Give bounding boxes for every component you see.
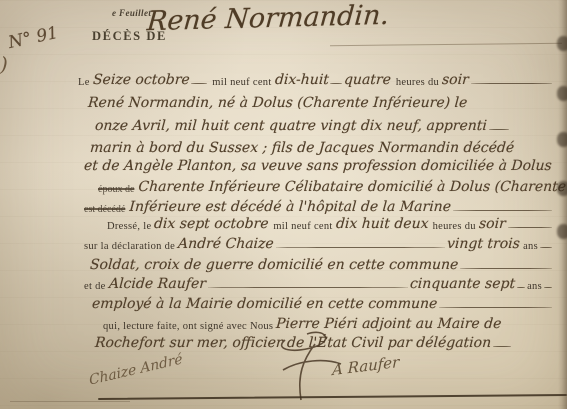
act-line: et de Alcide Raufercinquante septans (84, 276, 554, 292)
ruled-fill-line (517, 287, 525, 288)
ruled-fill-line (208, 287, 408, 288)
handwritten-text: Soldat, croix de guerre domicilié en cet… (89, 257, 458, 273)
feuillet-label: e Feuillet (112, 8, 151, 18)
printed-text: mil neuf cent (209, 77, 274, 88)
handwritten-text: dix sept octobre (154, 216, 274, 232)
printed-text: Dressé, le (107, 221, 154, 232)
scan-edge-shadow (558, 0, 567, 409)
scan-edge-artifact (557, 224, 567, 239)
ruled-fill-line (471, 83, 552, 84)
act-line: est décédé Inférieure est décédé à l'hôp… (84, 199, 554, 215)
ruled-fill-line (489, 129, 509, 130)
ruled-fill-line (540, 247, 552, 248)
handwritten-text: vingt trois (447, 236, 521, 252)
printed-text: Le (78, 77, 93, 88)
ruled-fill-line (508, 227, 552, 228)
printed-text: qui, lecture faite, ont signé avec Nous (103, 321, 276, 332)
printed-text: ans (520, 241, 538, 252)
handwritten-text: Alcide Raufer (108, 276, 206, 292)
handwritten-text: onze Avril, mil huit cent quatre vingt d… (94, 118, 487, 134)
printed-text: et de (84, 281, 109, 292)
handwritten-text: et de Angèle Planton, sa veuve sans prof… (83, 158, 552, 174)
title-rule-line (330, 43, 562, 46)
act-line: onze Avril, mil huit cent quatre vingt d… (95, 118, 554, 134)
printed-text: heures du (396, 77, 442, 88)
deceased-name-handwritten: René Normandin. (146, 0, 390, 37)
act-line: Soldat, croix de guerre domicilié en cet… (90, 257, 554, 273)
handwritten-text: Inférieure est décédé à l'hôpital de la … (125, 199, 452, 215)
scan-edge-artifact (557, 181, 567, 196)
printed-text: sur la déclaration de (84, 241, 178, 252)
handwritten-text: André Chaize (178, 236, 275, 252)
act-line: Dressé, le dix sept octobre mil neuf cen… (107, 216, 554, 232)
ruled-fill-line (453, 210, 552, 211)
bottom-faint-line (10, 401, 130, 402)
handwritten-text: cinquante sept (409, 276, 515, 292)
printed-text: ans (527, 281, 542, 292)
ruled-fill-line (439, 307, 552, 308)
struck-printed-text: époux de (98, 184, 134, 195)
act-line: marin à bord du Sussex ; fils de Jacques… (90, 140, 554, 156)
handwritten-text: René Normandin, né à Dolus (Charente Inf… (87, 95, 467, 111)
printed-text: mil neuf cent (273, 221, 335, 232)
ruled-fill-line (544, 287, 552, 288)
handwritten-text: dix huit deux (335, 216, 433, 232)
scan-edge-artifact (557, 86, 567, 101)
act-line: et de Angèle Planton, sa veuve sans prof… (84, 158, 554, 174)
scan-edge-artifact (557, 132, 567, 147)
ruled-fill-line (191, 83, 207, 84)
handwritten-text: employé à la Mairie domicilié en cette c… (91, 296, 437, 312)
margin-flourish: ) (0, 52, 8, 76)
death-certificate-page: N° 91 ) e Feuillet DÉCÈS DE René Normand… (0, 0, 567, 409)
signature-officer-paraph-icon (255, 330, 365, 402)
ruled-fill-line (330, 83, 342, 84)
ruled-fill-line (460, 268, 552, 269)
signature-declarant-1: Chaize André (88, 351, 183, 389)
handwritten-text: soir (478, 216, 506, 232)
act-line: employé à la Mairie domicilié en cette c… (92, 296, 554, 312)
handwritten-text: dix-huit (274, 72, 329, 88)
handwritten-text: marin à bord du Sussex ; fils de Jacques… (89, 140, 514, 156)
handwritten-text: Charente Inférieure Célibataire domicili… (134, 179, 567, 195)
ruled-fill-line (276, 247, 446, 248)
act-line: Le Seize octobre mil neuf cent dix-huitq… (78, 72, 554, 88)
handwritten-text: soir (441, 72, 469, 88)
struck-printed-text: est décédé (84, 204, 125, 215)
act-line: époux de Charente Inférieure Célibataire… (98, 179, 554, 195)
act-line: sur la déclaration de André Chaizevingt … (84, 236, 554, 252)
handwritten-text: quatre (344, 72, 397, 88)
handwritten-text: Seize octobre (92, 72, 190, 88)
scan-edge-artifact (557, 36, 567, 51)
act-line: René Normandin, né à Dolus (Charente Inf… (88, 95, 554, 111)
ruled-fill-line (493, 346, 511, 347)
act-margin-number: N° 91 (6, 23, 59, 53)
printed-text: heures du (433, 221, 479, 232)
